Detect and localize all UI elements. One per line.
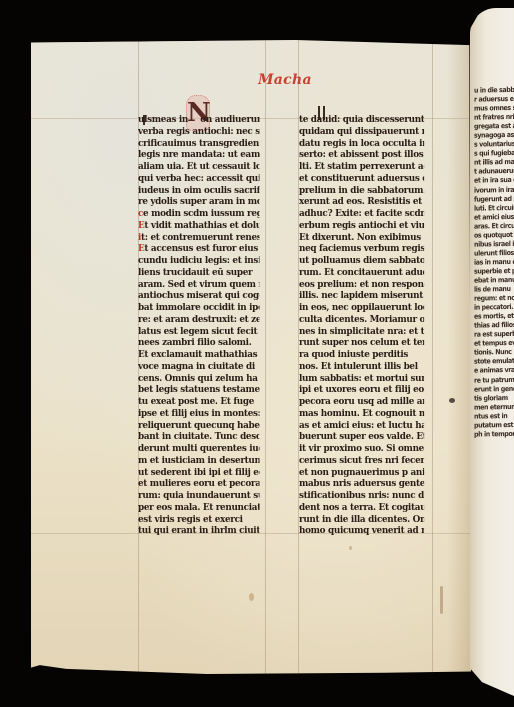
text-line: lum sabbatis: et mortui sunt	[299, 373, 424, 385]
ink-spot	[449, 398, 455, 403]
text-line: nos. Et intulerunt illis bel	[299, 361, 424, 373]
left-text-column: ulsmeas in on audiuerunt verba regis ant…	[138, 114, 270, 537]
rubricated-capital: c	[138, 208, 143, 219]
text-line: prelium in die sabbatorum. Et di	[299, 185, 424, 197]
text-line: ivorum in ira	[474, 185, 514, 195]
text-line: et constituerunt aduersus eos	[299, 173, 424, 185]
foxing-stain	[349, 546, 352, 550]
text-line: erbum regis antiochi et viuetis.	[299, 220, 424, 232]
text-line: it: et contremuerunt renes ei·	[138, 232, 259, 244]
text-line: pecora eoru usq ad mille ani	[299, 396, 424, 408]
foxing-stain	[440, 586, 443, 614]
text-line: aliam uia. Et ut cessauit lo	[138, 161, 259, 173]
rubricated-capital: E	[138, 243, 144, 254]
text-line: runt super nos celum et ter	[299, 337, 424, 349]
text-line: illis. nec lapidem miserunt	[299, 290, 424, 302]
text-line: ra quod iniuste perditis	[299, 349, 424, 361]
text-line: m et iusticiam in desertum:	[138, 455, 259, 467]
text-line: et mulieres eoru et pecora eo	[138, 478, 259, 490]
text-line: ph in tempore	[474, 429, 514, 439]
manuscript-page: Macha N ulsmeas in on audiuerunt verba r…	[31, 40, 471, 674]
text-line: nees zambri filio salomi.	[138, 337, 259, 349]
text-line: est viris regis et exerci	[138, 514, 259, 526]
foxing-stain	[249, 593, 254, 601]
text-line: Et dixerunt. Non exibimus	[299, 232, 424, 244]
text-line: bat immolare occidit in ipo	[138, 302, 259, 314]
text-line: voce magna in ciuitate di	[138, 361, 259, 373]
text-line: neq faciemus verbum regis	[299, 243, 424, 255]
text-line: xerunt ad eos. Resistitis et nunc	[299, 196, 424, 208]
text-line: Et exclamauit mathathias	[138, 349, 259, 361]
text-line: ut polluamus diem sabbato	[299, 255, 424, 267]
text-line: ce modin scdm iussum regis.	[138, 208, 259, 220]
text-line: runt in die illa dicentes. Omnis	[299, 514, 424, 526]
text-line: tu exeat post me. Et fuge	[138, 396, 259, 408]
text-line: men eternum	[474, 402, 514, 412]
text-line: putatum est ei	[474, 420, 514, 430]
text-line: fugerunt ad na	[474, 194, 514, 204]
text-line: as et amici eius: et luctu ha	[299, 420, 424, 432]
text-line: adhuc? Exite: et facite scdm v	[299, 208, 424, 220]
text-line: legis nre mandata: ut eam	[138, 149, 259, 161]
text-line: reliquerunt quecunq habe	[138, 420, 259, 432]
text-line: bet legis statuens testamen	[138, 384, 259, 396]
text-line: rum: quia inundauerunt su	[138, 490, 259, 502]
text-line: culta dicentes. Moriamur om	[299, 314, 424, 326]
text-line: antiochus miserat qui coge	[138, 290, 259, 302]
text-line: te dauid: quia discesserunt	[299, 114, 424, 126]
text-line: latus est legem sicut fecit fi	[138, 326, 259, 338]
text-line: cerimus sicut fres nri fecerunt	[299, 455, 424, 467]
text-line: datu regis in loca occulta in de	[299, 138, 424, 150]
text-line: Et accensus est furor eius se	[138, 243, 259, 255]
text-line: et in ira sua et	[474, 176, 514, 186]
text-line: rum. Et concitauerunt aduersus	[299, 267, 424, 279]
text-line: nes in simplicitate nra: et testes e	[299, 326, 424, 338]
next-page-curl: u in die sabbato r aduersus eum mus omne…	[470, 8, 514, 703]
running-head: Macha	[258, 72, 312, 88]
text-line: cens. Omnis qui zelum ha	[138, 373, 259, 385]
gutter-shadow	[447, 40, 471, 674]
text-line: buerunt super eos valde. Et dix	[299, 431, 424, 443]
text-line: per eos mala. Et renunciatu	[138, 502, 259, 514]
text-line: ulerunt filios su	[474, 248, 514, 258]
text-line: stificationibus nris: nunc disper	[299, 490, 424, 502]
text-line: qui verba hec: accessit quida	[138, 173, 259, 185]
text-line: ipse et filij eius in montes: et	[138, 408, 259, 420]
text-line: luti. Et circuiuit	[474, 203, 514, 213]
text-line: it vir proximo suo. Si omnes fe	[299, 443, 424, 455]
text-line: re ydolis super aram in modin	[138, 196, 259, 208]
text-line: et amici eius	[474, 212, 514, 222]
text-line: os quotquot inve	[474, 230, 514, 240]
next-page-text-column: u in die sabbato r aduersus eum mus omne…	[474, 85, 514, 439]
text-line: verba regis antiochi: nec sa	[138, 126, 259, 138]
text-line: iudeus in oim oculis sacrifica	[138, 185, 259, 197]
text-line: quidam qui dissipauerunt man	[299, 126, 424, 138]
text-line: mas hominu. Et cognouit mathathi	[299, 408, 424, 420]
text-line: tui qui erant in ihrlm ciuitate	[138, 525, 259, 537]
text-line: in eos, nec oppilauerunt loca oc	[299, 302, 424, 314]
text-line: re tu patrum	[474, 375, 514, 385]
text-line: ulsmeas in on audiuerunt	[138, 114, 259, 126]
text-line: ipi et uxores eoru et filij eoru et	[299, 384, 424, 396]
text-line: liens trucidauit eū super	[138, 267, 259, 279]
text-line: homo quicumq venerit ad nos	[299, 525, 424, 537]
text-line: mabus nris aduersus gentes et iu	[299, 478, 424, 490]
text-line: et non pugnauerimus p ani	[299, 467, 424, 479]
text-line: cundu iudiciu legis: et insi	[138, 255, 259, 267]
text-line: eos prelium: et non responderunt	[299, 279, 424, 291]
rubricated-capital: E	[138, 220, 144, 231]
text-line: nibus israel in	[474, 239, 514, 249]
text-line: e animas vras	[474, 366, 514, 376]
right-text-column: te dauid: quia discesserunt quidam qui d…	[299, 114, 435, 537]
text-line: dent nos a terra. Et cogitaue	[299, 502, 424, 514]
text-line: erunt in gene	[474, 384, 514, 394]
text-line: re: et aram destruxit: et ze	[138, 314, 259, 326]
text-line: ut sederent ibi ipi et filij eoru	[138, 467, 259, 479]
text-line: lti. Et statim perrexerunt ad eos:	[299, 161, 424, 173]
text-line: aras. Et circumci	[474, 221, 514, 231]
rubricated-capital: i	[138, 232, 141, 243]
text-line: crificauimus transgredientes	[138, 138, 259, 150]
text-line: Et vidit mathathias et dolu	[138, 220, 259, 232]
text-line: derunt multi querentes iudiciu	[138, 443, 259, 455]
text-line: serto: et abissent post illos mu	[299, 149, 424, 161]
text-line: bant in ciuitate. Tunc desce	[138, 431, 259, 443]
text-line: aram. Sed et virum quem rex	[138, 279, 259, 291]
